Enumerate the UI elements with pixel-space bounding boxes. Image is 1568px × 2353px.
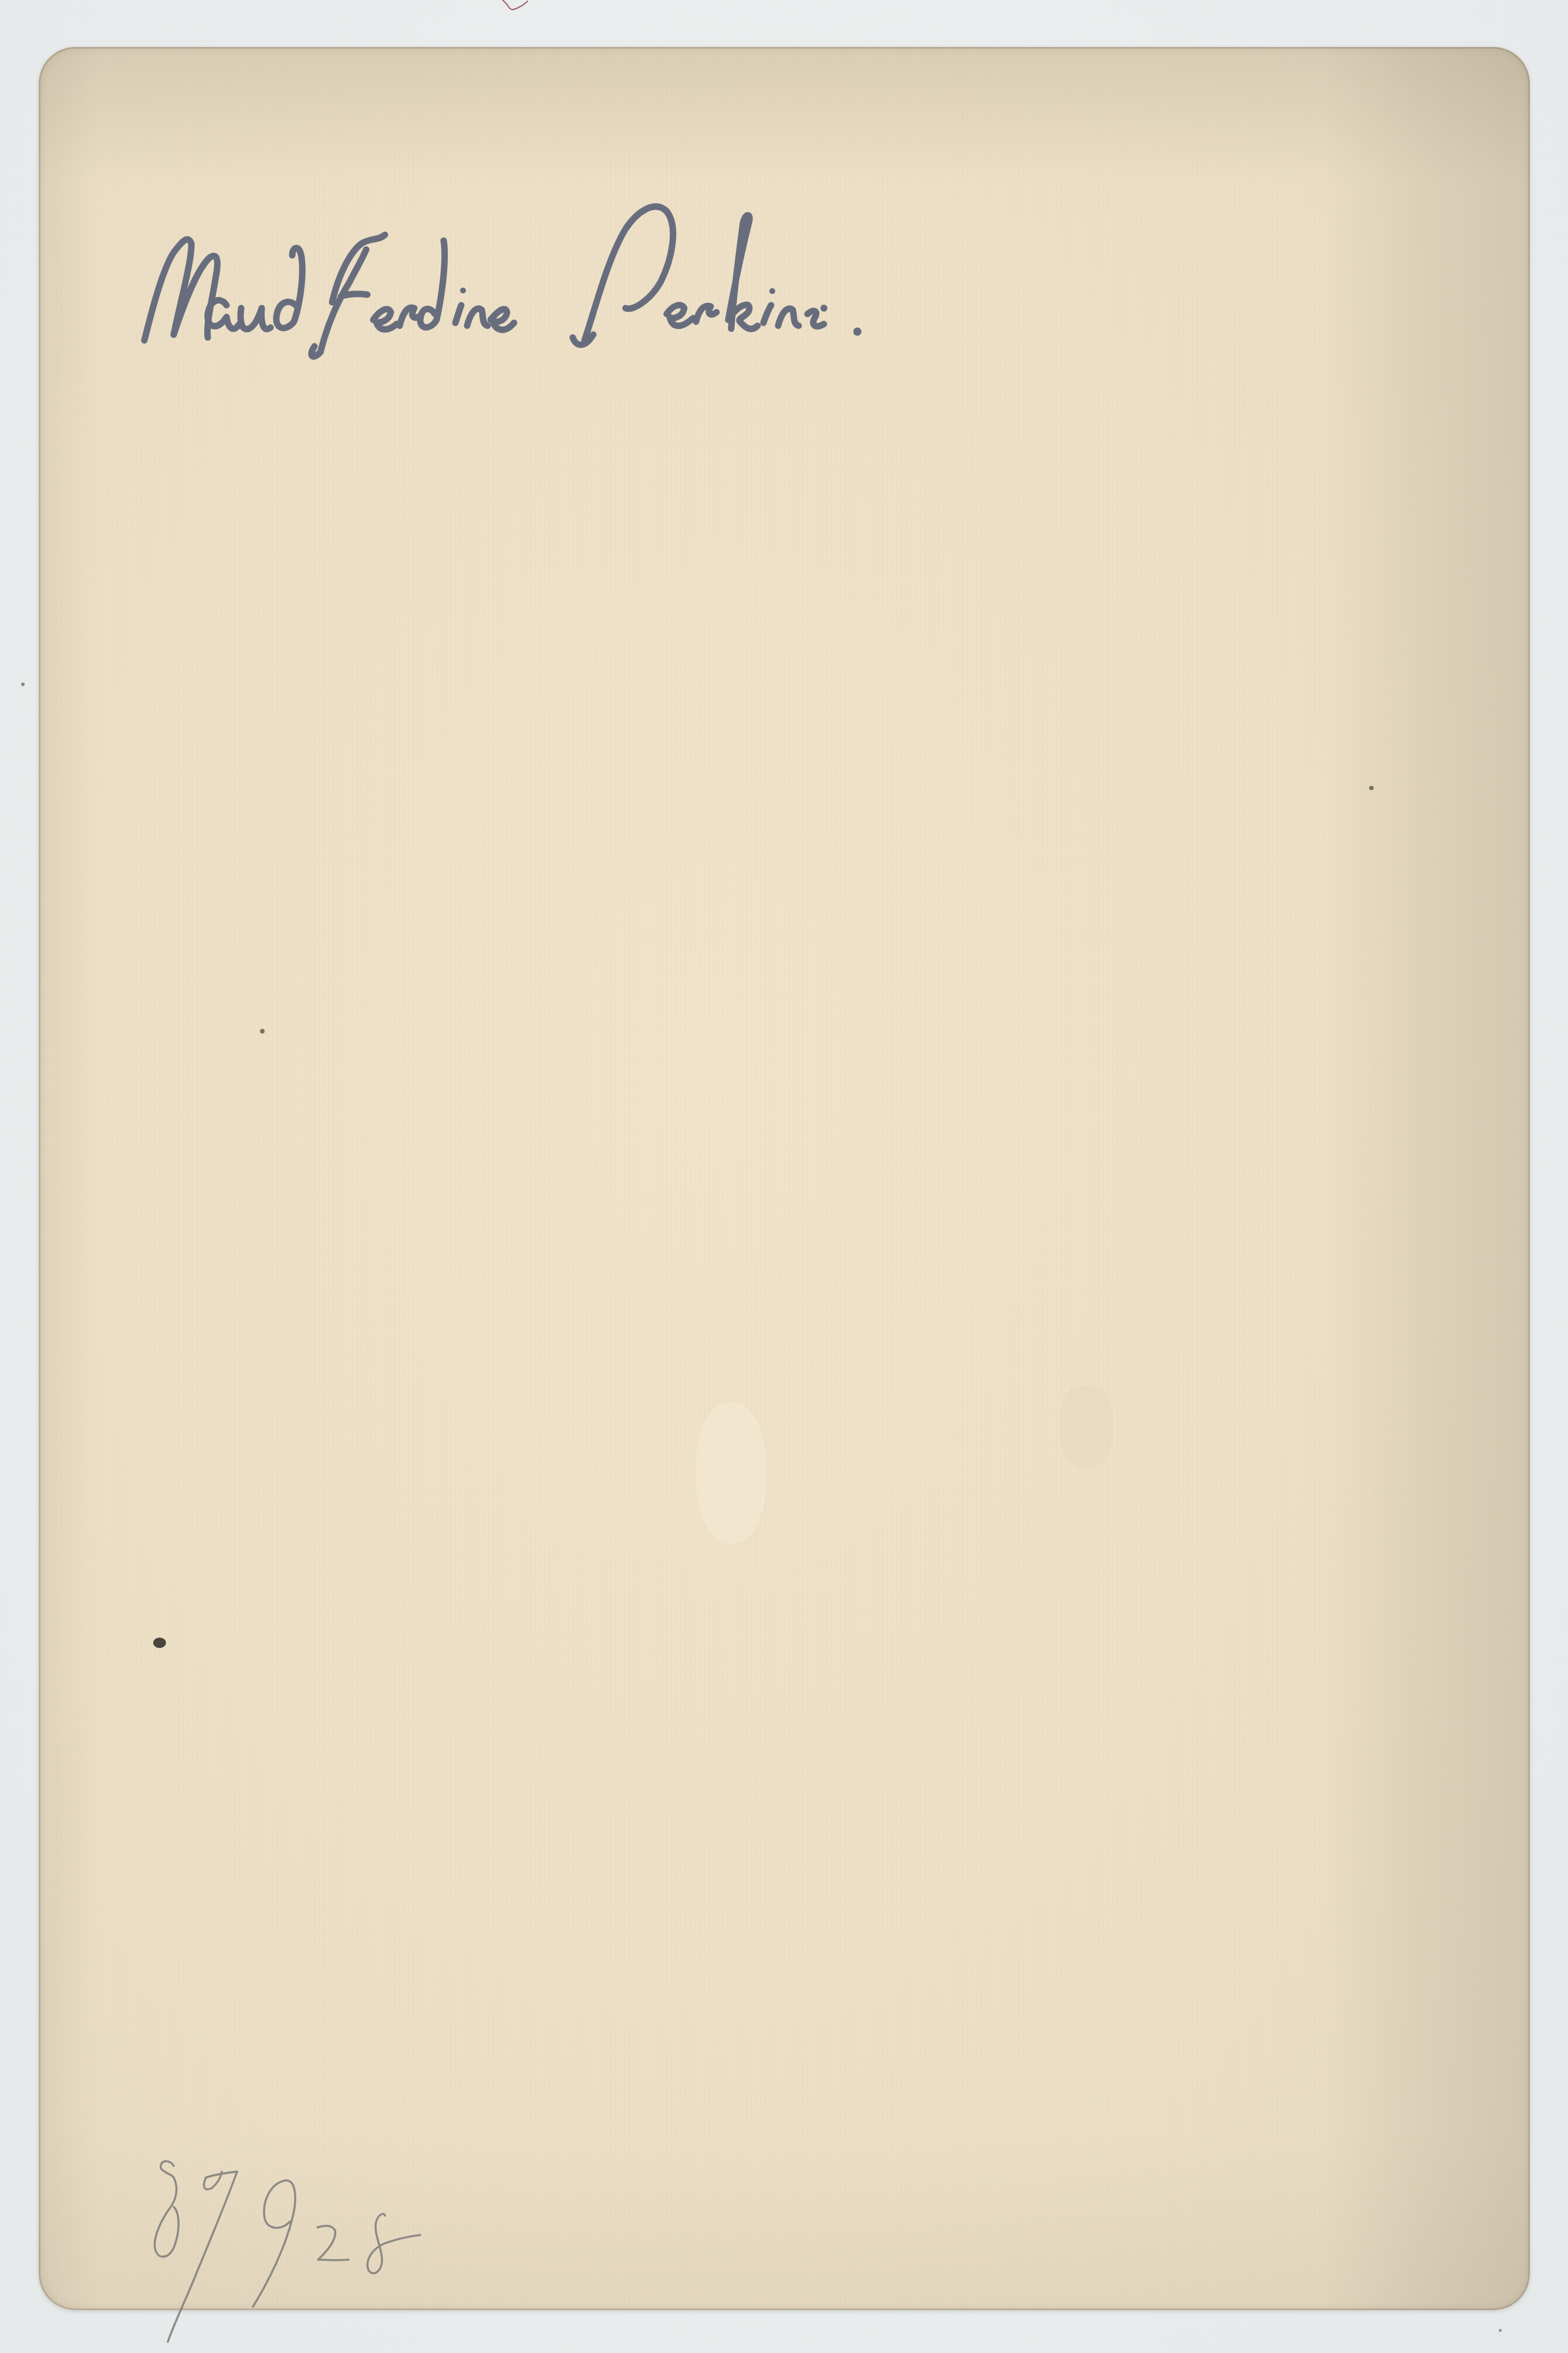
signature-script-icon xyxy=(138,188,1506,364)
scuff-mark xyxy=(696,1403,766,1544)
stray-fiber xyxy=(502,0,531,13)
foxing-spot xyxy=(260,1029,265,1034)
pencil-numerals-icon xyxy=(138,2136,620,2348)
scuff-mark xyxy=(1060,1385,1113,1467)
ink-spot xyxy=(153,1638,166,1648)
cabinet-card-back: Maud Ferdine Perkins. xyxy=(39,47,1530,2310)
handwritten-inscription: Maud Ferdine Perkins. xyxy=(138,188,1506,364)
dust-speck xyxy=(1499,2329,1502,2332)
foxing-spot xyxy=(1369,786,1374,790)
foxing-spot xyxy=(21,683,25,686)
pencil-catalog-number: 87928 xyxy=(138,2136,620,2348)
